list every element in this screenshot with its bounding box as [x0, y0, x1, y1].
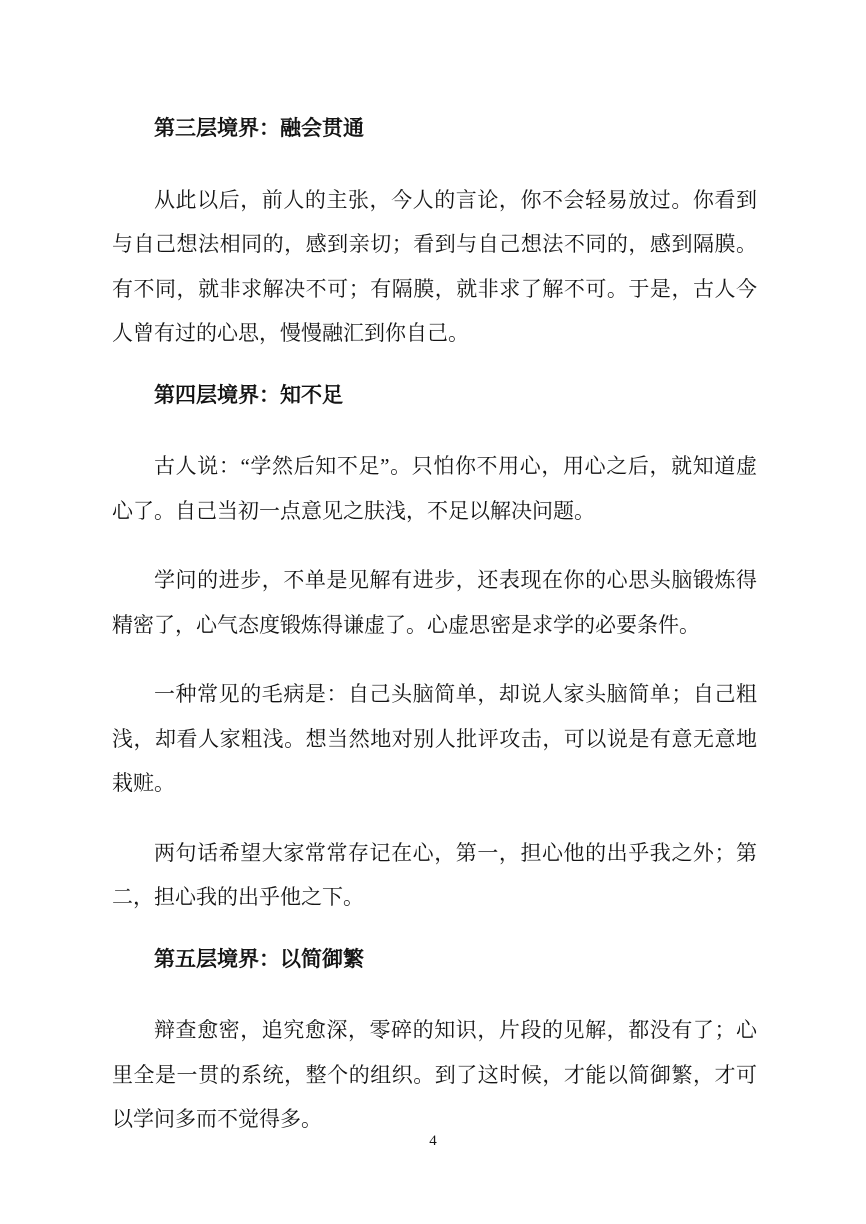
- body-paragraph: 一种常见的毛病是：自己头脑简单，却说人家头脑简单；自己粗浅，却看人家粗浅。想当然…: [112, 672, 757, 806]
- document-page: 第三层境界：融会贯通 从此以后，前人的主张，今人的言论，你不会轻易放过。你看到与…: [0, 0, 866, 1224]
- section-heading-level-4: 第四层境界：知不足: [112, 373, 757, 418]
- body-paragraph: 学问的进步，不单是见解有进步，还表现在你的心思头脑锻炼得精密了，心气态度锻炼得谦…: [112, 558, 757, 647]
- section-heading-level-5: 第五层境界：以简御繁: [112, 937, 757, 982]
- body-paragraph: 两句话希望大家常常存记在心，第一，担心他的出乎我之外；第二，担心我的出乎他之下。: [112, 831, 757, 920]
- page-number: 4: [0, 1131, 866, 1152]
- section-heading-level-3: 第三层境界：融会贯通: [112, 106, 757, 151]
- body-paragraph: 古人说：“学然后知不足”。只怕你不用心，用心之后，就知道虚心了。自己当初一点意见…: [112, 444, 757, 533]
- body-paragraph: 辩查愈密，追究愈深，零碎的知识，片段的见解，都没有了；心里全是一贯的系统，整个的…: [112, 1008, 757, 1142]
- body-paragraph: 从此以后，前人的主张，今人的言论，你不会轻易放过。你看到与自己想法相同的，感到亲…: [112, 178, 757, 356]
